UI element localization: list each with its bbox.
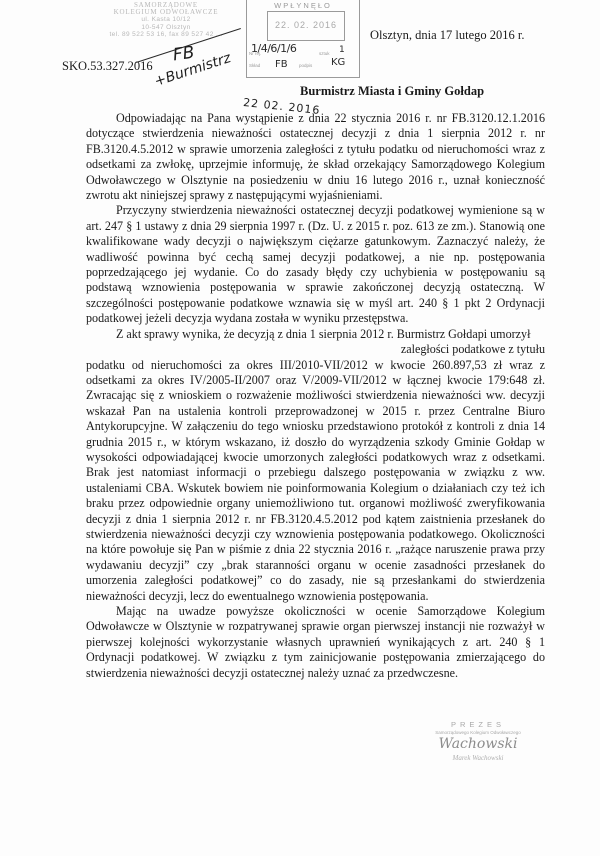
label-panel: Skład (249, 63, 260, 68)
paragraph: podatku od nieruchomości za okres III/20… (86, 358, 545, 605)
received-stamp: WPŁYNĘŁO 22. 02. 2016 1/4/6/1/6 Nr rej. … (246, 0, 360, 78)
received-date-box: 22. 02. 2016 (267, 11, 345, 41)
label-pieces: sztuk (319, 51, 330, 56)
handwritten-pieces: 1 (339, 45, 345, 55)
handwritten-signature: Wachowski (408, 736, 548, 752)
signatory-organization: Samorządowego Kolegium Odwoławczego (408, 730, 548, 735)
paragraph: Z akt sprawy wynika, że decyzją z dnia 1… (86, 327, 545, 342)
signature-stamp: PREZES Samorządowego Kolegium Odwoławcze… (408, 720, 548, 762)
paragraph: Odpowiadając na Pana wystąpienie z dnia … (86, 111, 545, 203)
handwritten-panel: FB (275, 59, 288, 70)
paragraph: Przyczyny stwierdzenia nieważności ostat… (86, 203, 545, 326)
signatory-role: PREZES (408, 720, 548, 729)
letterhead-line: KOLEGIUM ODWOŁAWCZE (96, 9, 236, 16)
signatory-name: Marek Wachowski (408, 754, 548, 762)
letterhead-line: 10-547 Olsztyn (96, 24, 236, 31)
paragraph-fragment: zaległości podatkowe z tytułu (86, 342, 545, 357)
label-register-number: Nr rej. (249, 51, 261, 56)
received-date: 22. 02. 2016 (268, 20, 344, 30)
letter-body: Odpowiadając na Pana wystąpienie z dnia … (86, 111, 545, 681)
letterhead-stamp: SAMORZĄDOWE KOLEGIUM ODWOŁAWCZE ul. Kast… (96, 2, 236, 38)
document-page: SAMORZĄDOWE KOLEGIUM ODWOŁAWCZE ul. Kast… (0, 0, 600, 856)
recipient: Burmistrz Miasta i Gminy Gołdap (300, 84, 484, 99)
place-date: Olsztyn, dnia 17 lutego 2016 r. (370, 28, 525, 43)
handwritten-initials: KG (331, 57, 345, 68)
received-stamp-title: WPŁYNĘŁO (247, 1, 359, 10)
letterhead-line: ul. Kasta 10/12 (96, 16, 236, 23)
label-signature: podpis (299, 63, 312, 68)
paragraph: Mając na uwadze powyższe okoliczności w … (86, 604, 545, 681)
